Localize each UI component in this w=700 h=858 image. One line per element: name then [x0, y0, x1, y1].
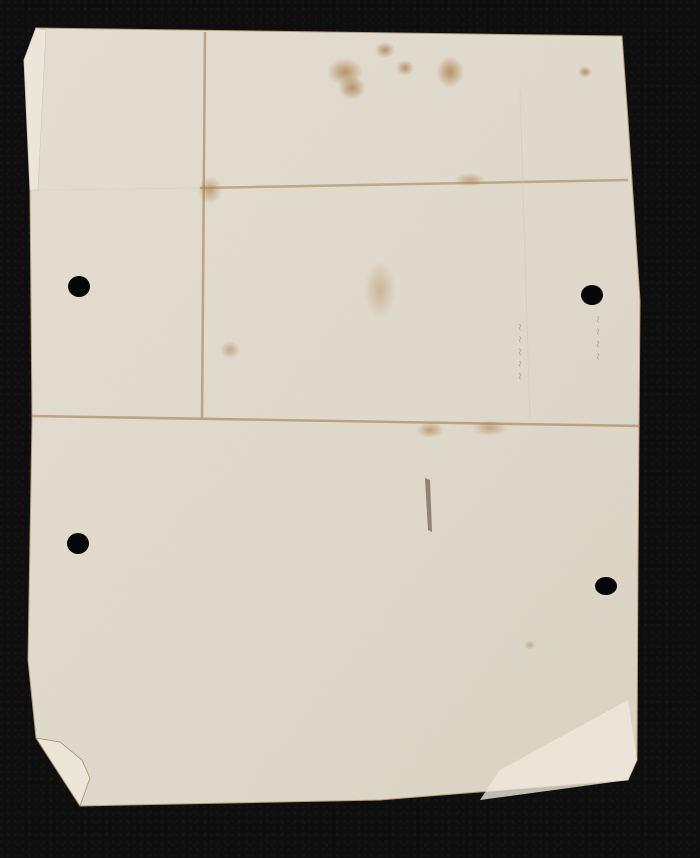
punch-hole-bottom-left [67, 533, 89, 554]
punch-hole-top-left [68, 276, 90, 297]
punch-hole-bottom-right [595, 577, 617, 595]
paper-shape [0, 0, 700, 858]
paper-sheet: ~ ~ ~ ~ ~ ~ ~ ~ ~ [0, 0, 700, 858]
bleed-through-handwriting: ~ ~ ~ ~ [590, 210, 606, 360]
bleed-through-handwriting: ~ ~ ~ ~ ~ [512, 230, 528, 380]
